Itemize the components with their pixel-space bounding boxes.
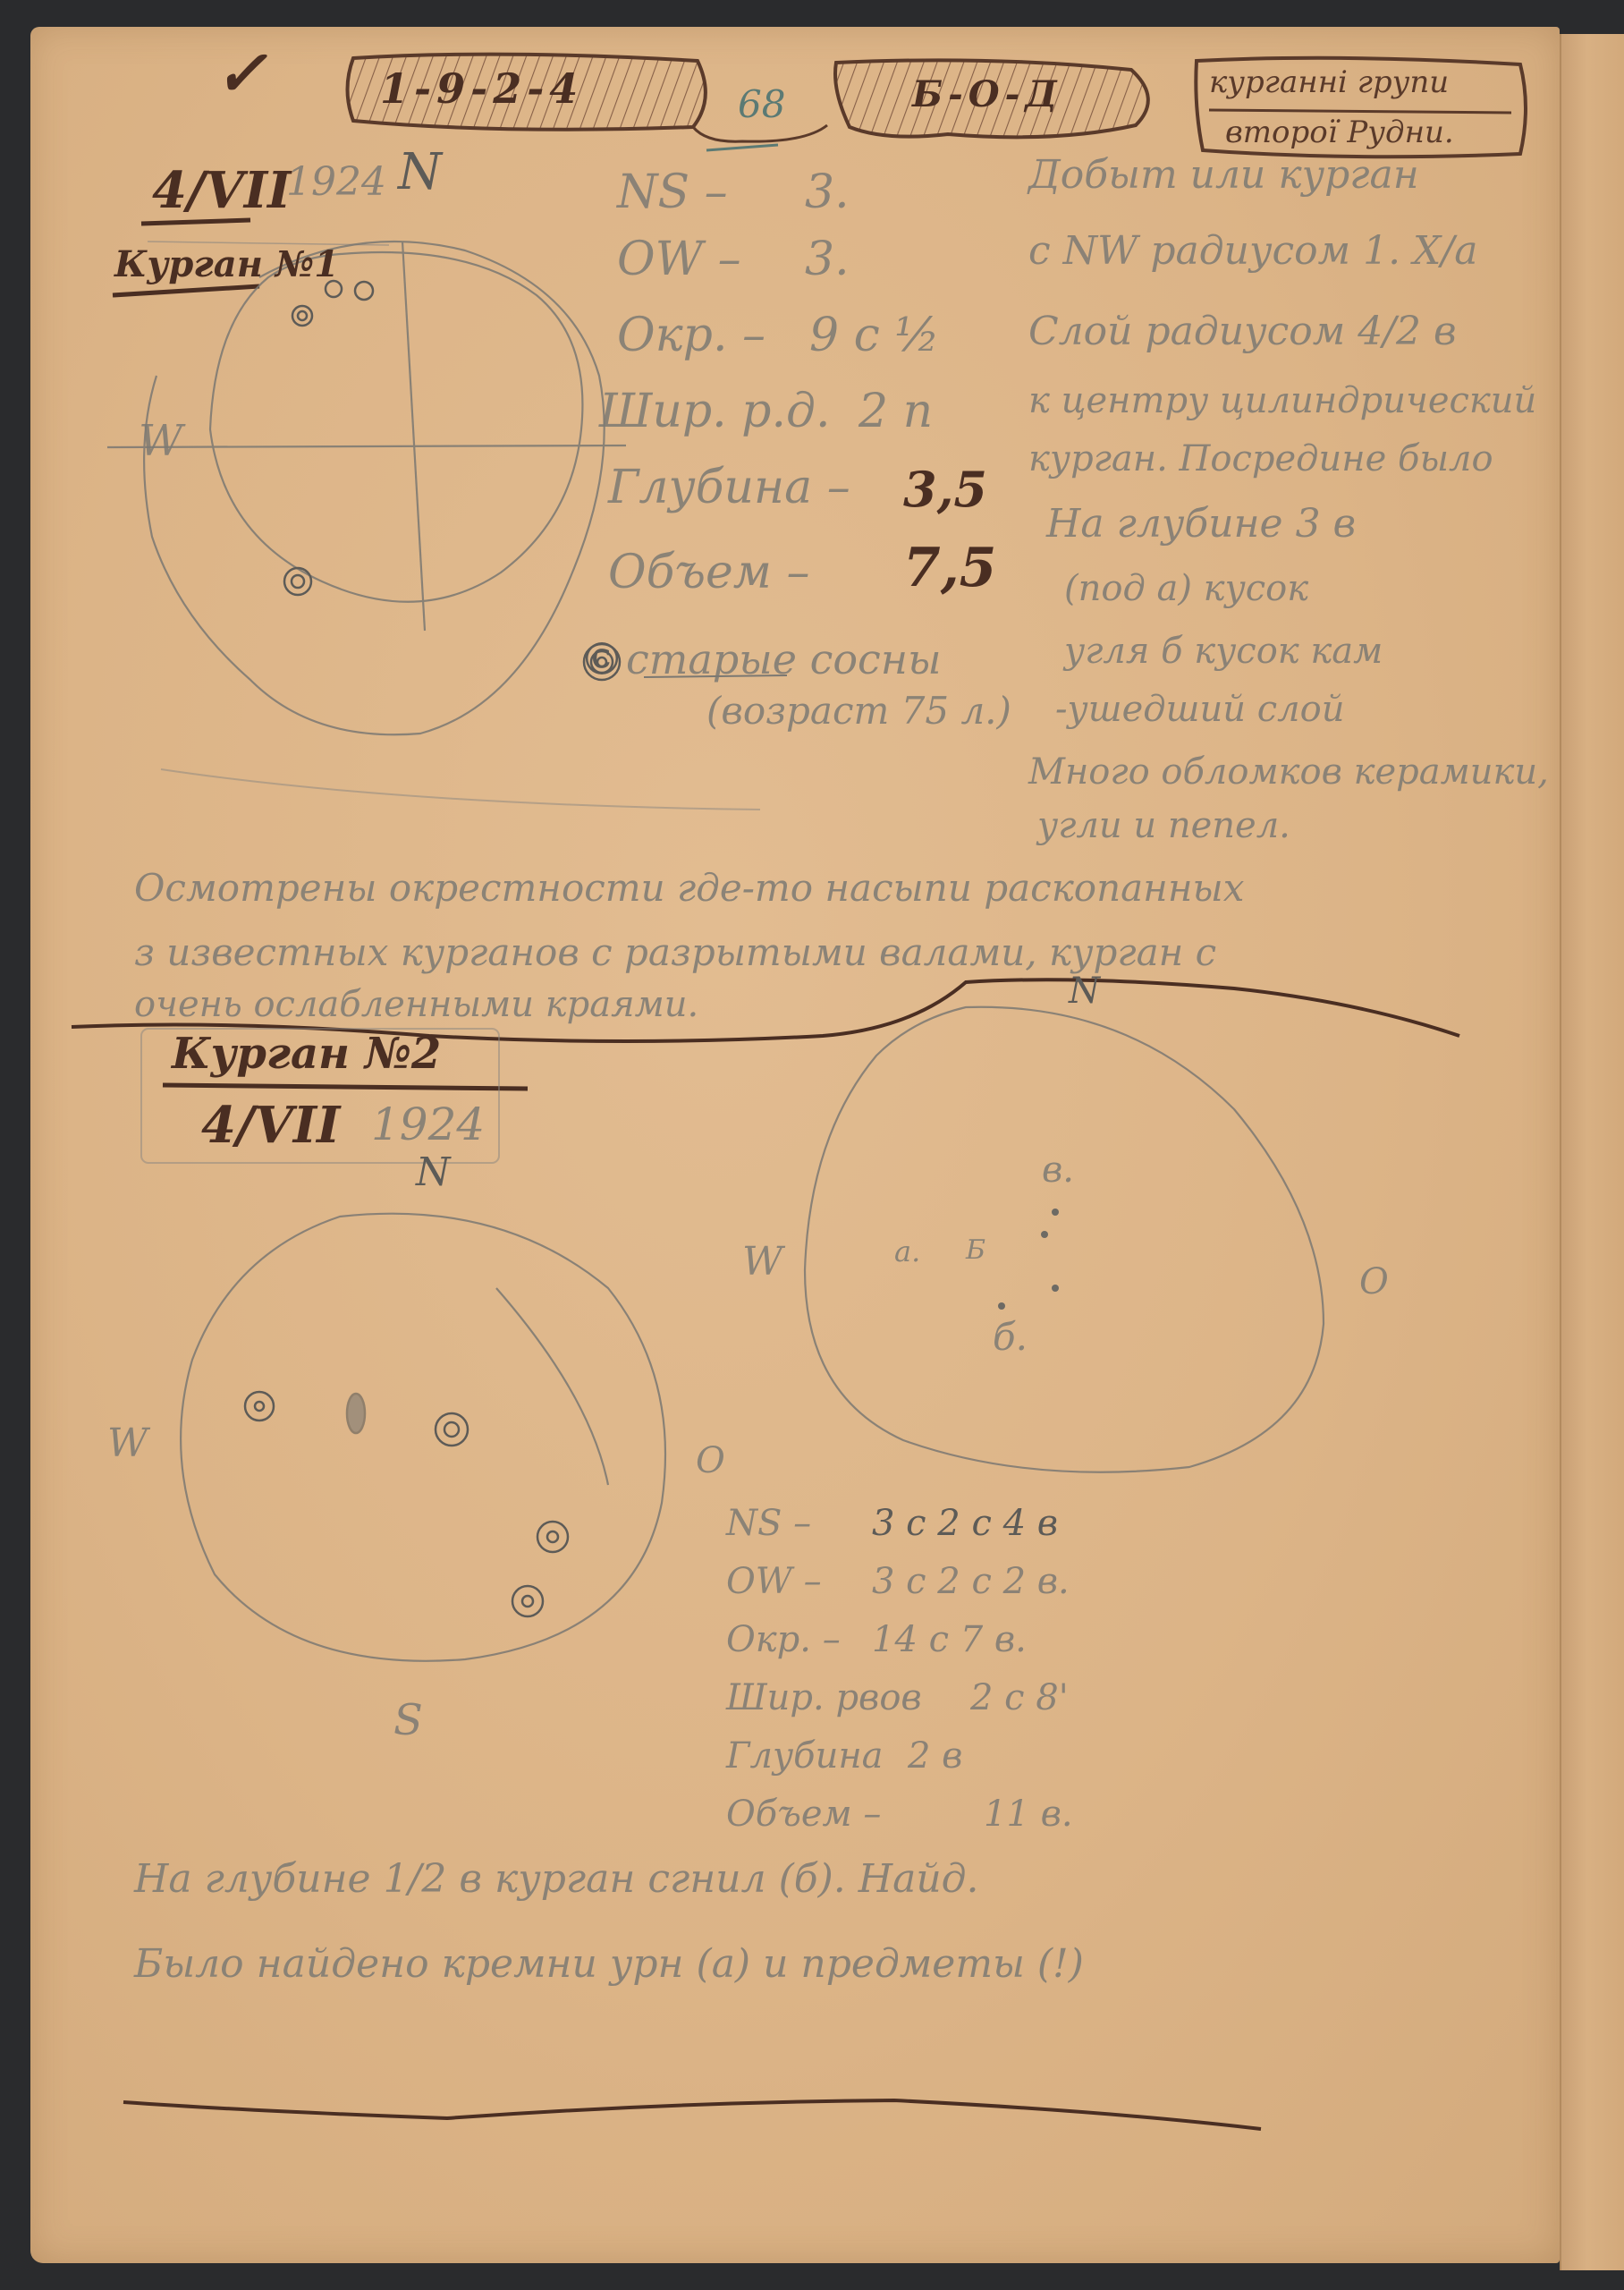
measurement-value: 3 с 2 с 2 в. [872,1561,1070,1602]
kurgan2-date: 4/VII [201,1096,340,1155]
note-line: к центру цилиндрический [1028,380,1536,421]
measurement-label: Шир. рвов [726,1677,922,1718]
note-line: На глубине 3 в [1046,501,1356,547]
checkmark-icon: ✓ [215,36,267,110]
kurgan1-west-label: W [139,416,182,466]
kurgan2-right-east-label: O [1359,1261,1389,1302]
header-code-right: Б-О-Д [912,73,1062,115]
kurgan2-label: Курган №2 [172,1029,441,1079]
note-line: Много обломков керамики, [1028,751,1549,793]
kurgan1-year: 1924 [286,159,386,205]
kurgan1-date: 4/VII [152,161,291,220]
kurgan2-right-north-label: N [1069,971,1100,1012]
measurement-label: Окр. – [726,1619,841,1660]
measurement-value: 3. [805,165,850,219]
note-line: с NW радиусом 1. Х/а [1028,228,1477,274]
note-line: угли и пепел. [1037,805,1290,846]
header-code-left: 1-9-2-4 [380,64,583,113]
measurement-value: 2 с 8' [970,1677,1069,1718]
kurgan1-plan [107,242,626,734]
tree-legend-icon: © [579,633,624,685]
kurgan2-west-label: W [107,1421,148,1466]
note-line: курган. Посредине было [1028,438,1493,479]
kurgan2-notes-line: Было найдено кремни урн (а) и предметы (… [134,1941,1084,1987]
summary-line: очень ослабленными краями. [134,984,698,1025]
measurement-value: 2 в [908,1735,962,1777]
kurgan2-trees [245,1392,568,1616]
note-line: (под а) кусок [1064,568,1308,609]
note-line: -ушедший слой [1055,689,1344,730]
kurgan2-south-label: S [393,1695,423,1745]
measurement-value: 3,5 [903,461,987,518]
header-page-number-bubble [693,125,827,150]
tree-legend-text: старые сосны [626,635,942,683]
kurgan2-year: 1924 [371,1098,485,1150]
measurement-value: 3. [805,233,850,286]
plan-label: в. [1042,1149,1074,1191]
note-line: угля б кусок кам [1064,631,1383,672]
summary-line: Осмотрены окрестности где-то насыпи раск… [134,866,1244,910]
measurement-value: 14 с 7 в. [872,1619,1027,1660]
group-title-line2: второї Рудни. [1225,114,1454,150]
kurgan2-east-label: O [696,1440,725,1481]
measurement-label: Объем – [726,1794,881,1835]
measurement-label: NS – [617,165,728,219]
kurgan2-plan-right [805,1007,1324,1472]
measurement-value: 9 с ½ [809,309,940,362]
kurgan2-right-west-label: W [742,1239,782,1285]
kurgan2-notes-line: На глубине 1/2 в курган сгнил (б). Найд. [134,1856,979,1902]
measurement-label: Шир. р.д. [599,385,830,438]
note-line: Слой радиусом 4/2 в [1028,309,1457,354]
measurement-value: 7,5 [903,537,996,599]
plan-label: Б [966,1234,985,1266]
note-line: Добыт или курган [1028,152,1419,198]
measurement-label: NS – [726,1503,811,1544]
plan-label: б. [993,1315,1028,1359]
measurement-value: 2 п [859,385,933,438]
kurgan1-label: Курган №1 [114,243,339,285]
kurgan1-north-label: N [398,143,442,201]
bottom-divider [123,2100,1261,2129]
kurgan2-plan-left [181,1214,665,1661]
summary-line: з известных курганов с разрытыми валами,… [134,930,1216,974]
tree-legend-note: (возраст 75 л.) [706,689,1011,733]
measurement-label: Глубина [726,1735,884,1777]
group-title-line1: курганні групи [1209,64,1449,100]
measurement-label: Глубина – [608,461,850,514]
measurement-label: OW – [726,1561,822,1602]
measurement-label: Объем – [608,546,809,599]
kurgan2-north-label: N [416,1149,451,1195]
measurement-label: OW – [617,233,741,286]
plan-label: а. [894,1234,920,1268]
measurement-label: Окр. – [617,309,765,362]
measurement-value: 3 с 2 с 4 в [872,1503,1058,1544]
measurement-value: 11 в. [984,1794,1073,1835]
page-number: 68 [738,82,785,126]
